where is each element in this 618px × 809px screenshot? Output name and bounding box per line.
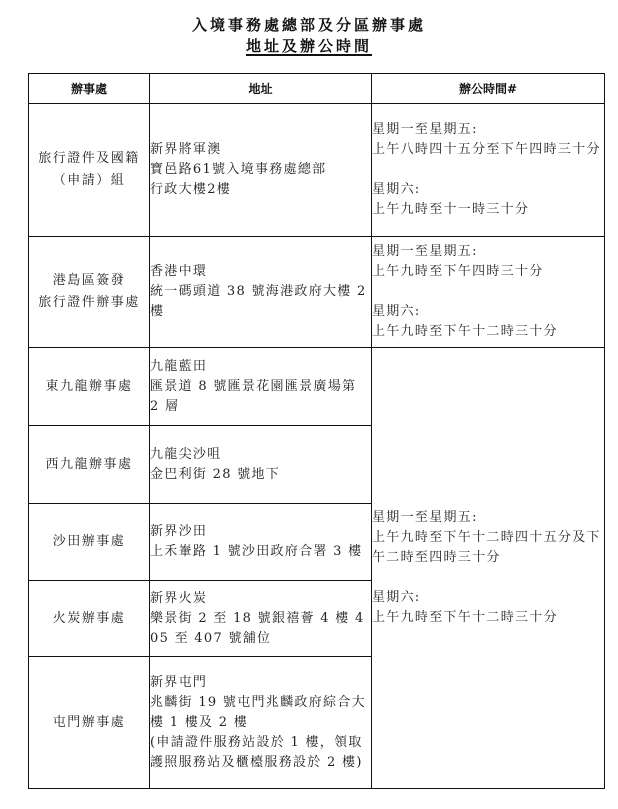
- saturday-label: 星期六:: [372, 588, 604, 608]
- weekday-time: 上午九時至下午四時三十分: [372, 262, 604, 282]
- saturday-time: 上午九時至下午十二時三十分: [372, 608, 604, 628]
- office-address: 香港中環 統一碼頭道 38 號海港政府大樓 2 樓: [150, 237, 372, 348]
- document-title-block: 入境事務處總部及分區辦事處 地址及辦公時間: [0, 14, 618, 56]
- office-table: 辦事處 地址 辦公時間# 旅行證件及國籍 （申請）組 新界將軍澳 寶邑路61號入…: [28, 73, 605, 789]
- office-address: 九龍尖沙咀 金巴利街 28 號地下: [150, 426, 372, 504]
- office-address: 九龍藍田 匯景道 8 號匯景花園匯景廣場第 2 層: [150, 348, 372, 426]
- office-name: 沙田辦事處: [29, 504, 150, 581]
- column-header-office: 辦事處: [29, 74, 150, 104]
- saturday-label: 星期六:: [372, 302, 604, 322]
- office-name: 東九龍辦事處: [29, 348, 150, 426]
- weekday-time: 上午八時四十五分至下午四時三十分: [372, 140, 604, 160]
- document-subtitle: 地址及辦公時間: [0, 36, 618, 56]
- office-address: 新界屯門 兆麟街 19 號屯門兆麟政府綜合大樓 1 樓及 2 樓 (申請證件服務…: [150, 657, 372, 789]
- column-header-hours: 辦公時間#: [372, 74, 605, 104]
- office-name: 西九龍辦事處: [29, 426, 150, 504]
- office-name: 屯門辦事處: [29, 657, 150, 789]
- office-name: 旅行證件及國籍 （申請）組: [29, 104, 150, 237]
- office-name: 港島區簽發 旅行證件辦事處: [29, 237, 150, 348]
- office-address: 新界沙田 上禾輋路 1 號沙田政府合署 3 樓: [150, 504, 372, 581]
- column-header-address: 地址: [150, 74, 372, 104]
- shared-office-hours: 星期一至星期五: 上午九時至下午十二時四十五分及下午二時至四時三十分 星期六: …: [372, 348, 605, 789]
- office-hours: 星期一至星期五: 上午八時四十五分至下午四時三十分 星期六: 上午九時至十一時三…: [372, 104, 605, 237]
- saturday-time: 上午九時至十一時三十分: [372, 200, 604, 220]
- weekday-label: 星期一至星期五:: [372, 120, 604, 140]
- saturday-label: 星期六:: [372, 180, 604, 200]
- table-row: 旅行證件及國籍 （申請）組 新界將軍澳 寶邑路61號入境事務處總部 行政大樓2樓…: [29, 104, 605, 237]
- office-hours: 星期一至星期五: 上午九時至下午四時三十分 星期六: 上午九時至下午十二時三十分: [372, 237, 605, 348]
- table-header-row: 辦事處 地址 辦公時間#: [29, 74, 605, 104]
- weekday-label: 星期一至星期五:: [372, 508, 604, 528]
- saturday-time: 上午九時至下午十二時三十分: [372, 322, 604, 342]
- office-address: 新界火炭 樂景街 2 至 18 號銀禧薈 4 樓 405 至 407 號舖位: [150, 581, 372, 657]
- document-title: 入境事務處總部及分區辦事處: [0, 14, 618, 36]
- table-row: 港島區簽發 旅行證件辦事處 香港中環 統一碼頭道 38 號海港政府大樓 2 樓 …: [29, 237, 605, 348]
- office-name: 火炭辦事處: [29, 581, 150, 657]
- weekday-label: 星期一至星期五:: [372, 242, 604, 262]
- office-address: 新界將軍澳 寶邑路61號入境事務處總部 行政大樓2樓: [150, 104, 372, 237]
- weekday-time: 上午九時至下午十二時四十五分及下午二時至四時三十分: [372, 528, 604, 568]
- table-row: 東九龍辦事處 九龍藍田 匯景道 8 號匯景花園匯景廣場第 2 層 星期一至星期五…: [29, 348, 605, 426]
